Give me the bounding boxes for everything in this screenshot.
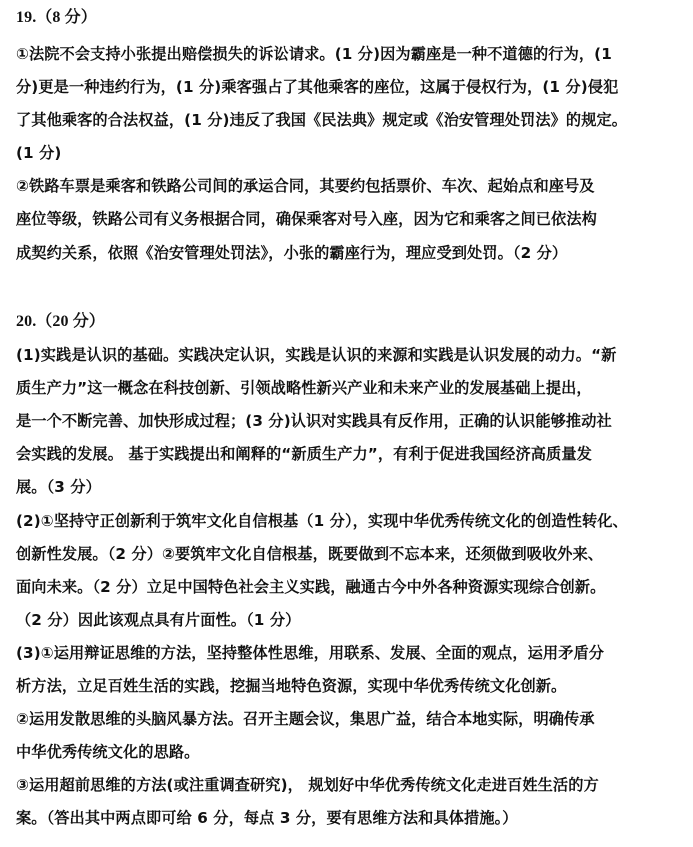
q20-line: ③运用超前思维的方法(或注重调查研究)， 规划好中华优秀传统文化走进百姓生活的方: [16, 775, 683, 795]
q19-line: (1 分): [16, 143, 683, 163]
answer-document: 19.（8 分） ①法院不会支持小张提出赔偿损失的诉讼请求。(1 分)因为霸座是…: [0, 0, 693, 847]
q20-line: 案。（答出其中两点即可给 6 分，每点 3 分，要有思维方法和具体措施。）: [16, 808, 683, 828]
q20-line: 会实践的发展。 基于实践提出和阐释的“新质生产力”，有利于促进我国经济高质量发: [16, 444, 683, 464]
q20-line: 展。（3 分）: [16, 477, 683, 497]
q19-line: ①法院不会支持小张提出赔偿损失的诉讼请求。(1 分)因为霸座是一种不道德的行为，…: [16, 44, 683, 64]
q20-line: 质生产力”这一概念在科技创新、引领战略性新兴产业和未来产业的发展基础上提出，: [16, 378, 683, 398]
q20-line: 面向未来。（2 分）立足中国特色社会主义实践，融通古今中外各种资源实现综合创新。: [16, 577, 683, 597]
q20-heading: 20.（20 分）: [16, 312, 683, 332]
q20-line: 是一个不断完善、加快形成过程；(3 分)认识对实践具有反作用，正确的认识能够推动…: [16, 411, 683, 431]
q20-line: (1)实践是认识的基础。实践决定认识，实践是认识的来源和实践是认识发展的动力。“…: [16, 345, 683, 365]
q20-line: 析方法，立足百姓生活的实践，挖掘当地特色资源，实现中华优秀传统文化创新。: [16, 676, 683, 696]
q20-line: (2)①坚持守正创新利于筑牢文化自信根基（1 分），实现中华优秀传统文化的创造性…: [16, 511, 683, 531]
q20-line: （2 分）因此该观点具有片面性。（1 分）: [16, 610, 683, 630]
q20-line: 创新性发展。（2 分）②要筑牢文化自信根基，既要做到不忘本来，还须做到吸收外来、: [16, 544, 683, 564]
q19-line: 分)更是一种违约行为，(1 分)乘客强占了其他乘客的座位，这属于侵权行为，(1 …: [16, 77, 683, 97]
q19-line: 了其他乘客的合法权益，(1 分)违反了我国《民法典》规定或《治安管理处罚法》的规…: [16, 110, 683, 130]
q19-heading: 19.（8 分）: [16, 8, 683, 28]
q19-line: 座位等级，铁路公司有义务根据合同，确保乘客对号入座，因为它和乘客之间已依法构: [16, 209, 683, 229]
q19-line: 成契约关系，依照《治安管理处罚法》，小张的霸座行为，理应受到处罚。（2 分）: [16, 243, 683, 263]
q19-line: ②铁路车票是乘客和铁路公司间的承运合同，其要约包括票价、车次、起始点和座号及: [16, 176, 683, 196]
q20-line: 中华优秀传统文化的思路。: [16, 742, 683, 762]
q20-line: ②运用发散思维的头脑风暴方法。召开主题会议，集思广益，结合本地实际，明确传承: [16, 709, 683, 729]
q20-line: (3)①运用辩证思维的方法，坚持整体性思维，用联系、发展、全面的观点，运用矛盾分: [16, 643, 683, 663]
